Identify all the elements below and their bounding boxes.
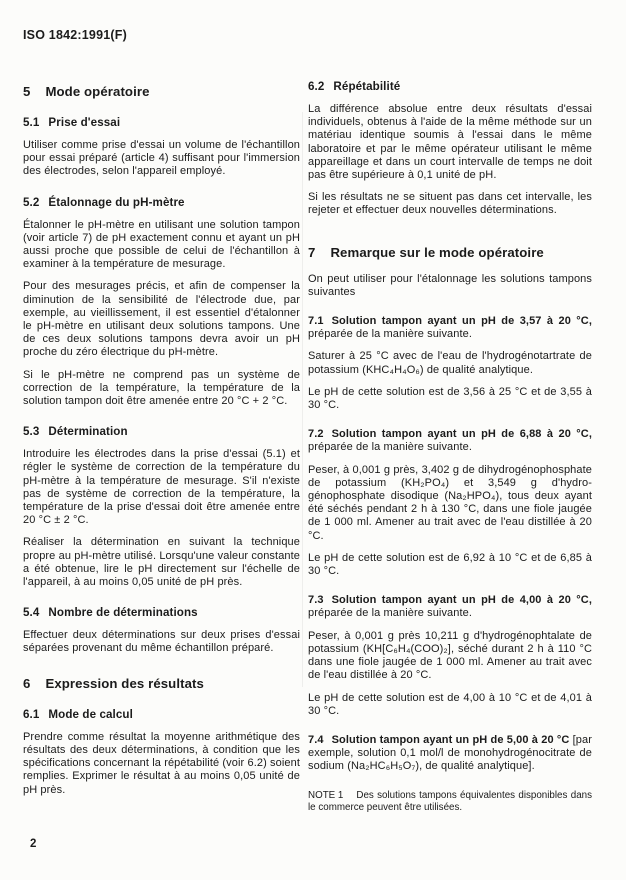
note-1: NOTE 1Des solutions tampons équivalentes… bbox=[308, 790, 592, 814]
paragraph-5-3-b: Réaliser la détermination en suivant la … bbox=[23, 536, 300, 589]
section-5-1-number: 5.1 bbox=[23, 116, 39, 129]
column-divider bbox=[302, 112, 303, 687]
section-7-2-number: 7.2 bbox=[308, 428, 324, 441]
section-6-number: 6 bbox=[23, 676, 30, 691]
page-number: 2 bbox=[30, 838, 36, 850]
section-7-1-title: Solution tampon ayant un pH de 3,57 à 20… bbox=[332, 315, 592, 327]
section-5-3-title: Détermination bbox=[48, 425, 127, 438]
section-5-4-heading: 5.4Nombre de déterminations bbox=[23, 606, 300, 619]
paragraph-5-1: Utiliser comme prise d'essai un volume d… bbox=[23, 139, 300, 179]
paragraph-6-2-a: La différence absolue entre deux résulta… bbox=[308, 103, 592, 182]
section-5-heading: 5Mode opératoire bbox=[23, 84, 300, 99]
section-7-3-subtitle: préparée de la manière suivante. bbox=[308, 607, 472, 619]
section-7-4-title: Solution tampon ayant un pH de 5,00 à 20… bbox=[332, 734, 570, 746]
section-5-title: Mode opératoire bbox=[45, 84, 149, 99]
paragraph-7-3-b: Le pH de cette solution est de 4,00 à 10… bbox=[308, 692, 592, 718]
section-6-1-number: 6.1 bbox=[23, 708, 39, 721]
section-7-4-heading: 7.4Solution tampon ayant un pH de 5,00 à… bbox=[308, 734, 592, 774]
paragraph-7-2-b: Le pH de cette solution est de 6,92 à 10… bbox=[308, 552, 592, 578]
section-6-2-heading: 6.2Répétabilité bbox=[308, 80, 592, 93]
section-7-3-heading: 7.3Solution tampon ayant un pH de 4,00 à… bbox=[308, 594, 592, 620]
section-6-1-heading: 6.1Mode de calcul bbox=[23, 708, 300, 721]
section-5-1-title: Prise d'essai bbox=[48, 116, 120, 129]
section-7-2-title: Solution tampon ayant un pH de 6,88 à 20… bbox=[332, 428, 592, 440]
right-column: 6.2Répétabilité La différence absolue en… bbox=[308, 80, 592, 814]
document-reference: ISO 1842:1991(F) bbox=[23, 28, 127, 42]
paragraph-7-3-a: Peser, à 0,001 g près 10,211 g d'hydrogé… bbox=[308, 630, 592, 683]
section-6-2-title: Répétabilité bbox=[333, 80, 400, 93]
section-7-1-subtitle: préparée de la manière suivante. bbox=[308, 328, 472, 340]
section-6-1-title: Mode de calcul bbox=[48, 708, 133, 721]
paragraph-6-1: Prendre comme résultat la moyenne arithm… bbox=[23, 731, 300, 797]
section-7-title: Remarque sur le mode opératoire bbox=[330, 245, 543, 260]
section-7-2-subtitle: préparée de la manière suivante. bbox=[308, 441, 472, 453]
section-6-heading: 6Expression des résultats bbox=[23, 676, 300, 691]
left-column: 5Mode opératoire 5.1Prise d'essai Utilis… bbox=[23, 84, 300, 806]
note-1-text: Des solutions tampons équivalentes dispo… bbox=[308, 790, 592, 813]
section-7-3-title: Solution tampon ayant un pH de 4,00 à 20… bbox=[332, 594, 592, 606]
note-1-label: NOTE 1 bbox=[308, 790, 343, 802]
paragraph-5-2-a: Étalonner le pH-mètre en utilisant une s… bbox=[23, 219, 300, 272]
section-7-heading: 7Remarque sur le mode opératoire bbox=[308, 245, 592, 260]
paragraph-6-2-b: Si les résultats ne se situent pas dans … bbox=[308, 191, 592, 217]
section-5-1-heading: 5.1Prise d'essai bbox=[23, 116, 300, 129]
paragraph-7-1-a: Saturer à 25 °C avec de l'eau de l'hydro… bbox=[308, 350, 592, 376]
paragraph-7-1-b: Le pH de cette solution est de 3,56 à 25… bbox=[308, 386, 592, 412]
section-7-number: 7 bbox=[308, 245, 315, 260]
paragraph-7-2-a: Peser, à 0,001 g près, 3,402 g de dihydr… bbox=[308, 464, 592, 543]
paragraph-5-3-a: Introduire les électrodes dans la prise … bbox=[23, 448, 300, 527]
section-7-1-number: 7.1 bbox=[308, 315, 324, 328]
section-7-2-heading: 7.2Solution tampon ayant un pH de 6,88 à… bbox=[308, 428, 592, 454]
paragraph-5-2-c: Si le pH-mètre ne comprend pas un systèm… bbox=[23, 369, 300, 409]
section-5-3-heading: 5.3Détermination bbox=[23, 425, 300, 438]
section-7-3-number: 7.3 bbox=[308, 594, 324, 607]
section-6-title: Expression des résultats bbox=[45, 676, 204, 691]
section-5-4-number: 5.4 bbox=[23, 606, 39, 619]
section-6-2-number: 6.2 bbox=[308, 80, 324, 93]
section-5-2-heading: 5.2Étalonnage du pH-mètre bbox=[23, 196, 300, 209]
section-7-1-heading: 7.1Solution tampon ayant un pH de 3,57 à… bbox=[308, 315, 592, 341]
document-page: ISO 1842:1991(F) 5Mode opératoire 5.1Pri… bbox=[0, 0, 626, 880]
section-5-2-title: Étalonnage du pH-mètre bbox=[48, 196, 184, 209]
section-5-3-number: 5.3 bbox=[23, 425, 39, 438]
paragraph-5-2-b: Pour des mesurages précis, et afin de co… bbox=[23, 280, 300, 359]
section-5-2-number: 5.2 bbox=[23, 196, 39, 209]
section-5-4-title: Nombre de déterminations bbox=[48, 606, 197, 619]
section-5-number: 5 bbox=[23, 84, 30, 99]
paragraph-5-4: Effectuer deux déterminations sur deux p… bbox=[23, 629, 300, 655]
paragraph-7: On peut utiliser pour l'étalonnage les s… bbox=[308, 273, 592, 299]
section-7-4-number: 7.4 bbox=[308, 734, 324, 747]
